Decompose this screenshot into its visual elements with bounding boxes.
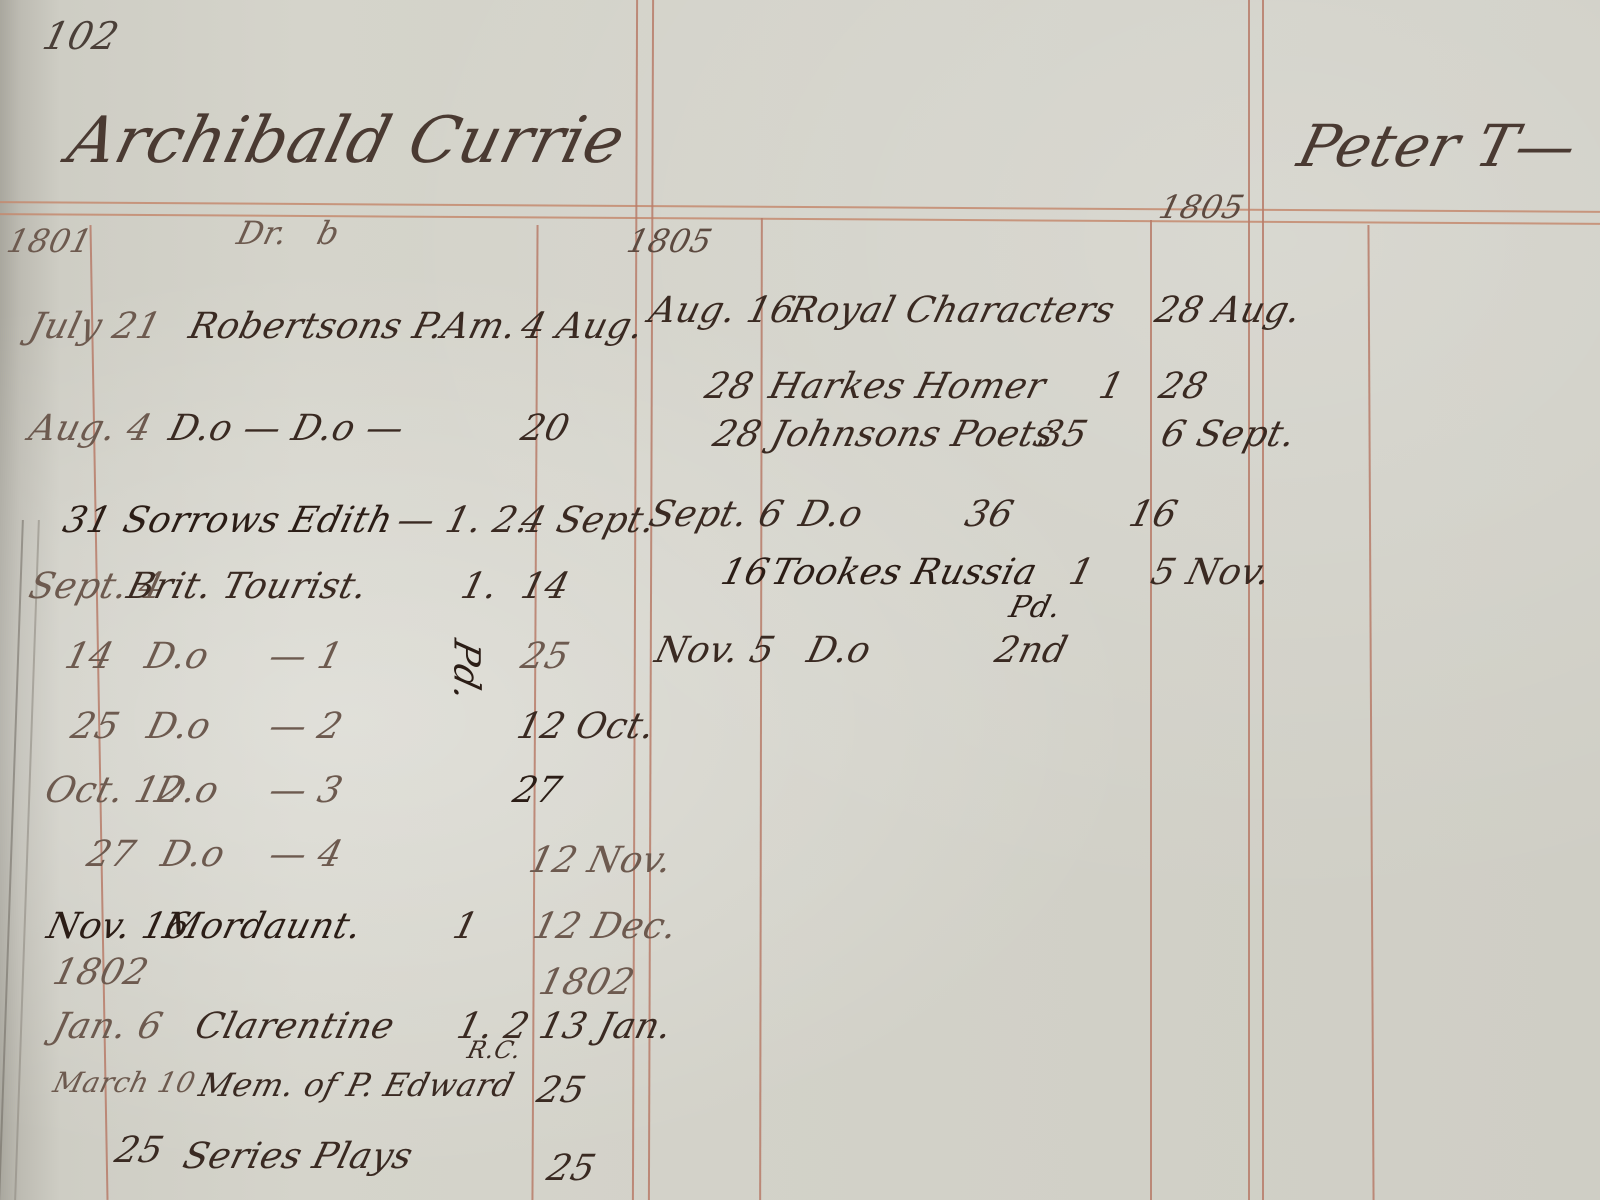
entry-vol: — 4	[265, 834, 347, 875]
entry-returned: 20	[517, 408, 574, 449]
entry-returned: 4 Sept.	[517, 500, 660, 541]
entry-description: Tookes Russia	[767, 552, 1042, 593]
entry-description: Harkes Homer	[765, 366, 1050, 407]
entry-returned: 27	[509, 770, 566, 811]
year-header-middle: 1805	[623, 222, 716, 260]
entry-description: Series Plays	[179, 1136, 417, 1177]
page-number: 102	[39, 14, 124, 58]
entry-date: March 10	[50, 1066, 199, 1099]
entry-date: 14	[61, 636, 118, 677]
entry-vol: — 1. 2.	[393, 500, 534, 541]
entry-vol: — 1	[265, 636, 347, 677]
entry-date: Sept. 6	[645, 494, 788, 535]
entry-returned: 12 Dec.	[529, 906, 682, 947]
entry-returned: 14	[517, 566, 574, 607]
year-header-left: 1801	[3, 222, 96, 260]
entry-date: 16	[717, 552, 774, 593]
year-header-middle-right: 1805	[1155, 188, 1248, 226]
entry-vol: — 3	[265, 770, 347, 811]
entry-vol: R.C.	[465, 1036, 525, 1064]
entry-returned: 28 Aug.	[1151, 290, 1306, 331]
entry-date: Aug. 16	[645, 290, 800, 331]
column-rule	[1262, 0, 1264, 1200]
entry-returned: 6 Sept.	[1157, 414, 1300, 455]
entry-description: Johnsons Poets	[767, 414, 1059, 455]
entry-description: D.o	[141, 636, 213, 677]
entry-description: Mordaunt.	[159, 906, 366, 947]
entry-date: 28	[701, 366, 758, 407]
column-rule	[1248, 0, 1250, 1200]
binding-edge	[0, 520, 40, 1200]
paid-annotation: Pd.	[1006, 590, 1065, 625]
entry-date: Aug. 4	[25, 408, 156, 449]
entry-description: Mem. of P. Edward	[195, 1066, 518, 1104]
entry-description: Brit. Tourist.	[123, 566, 372, 607]
entry-description: D.o	[803, 630, 875, 671]
entry-description: D.o	[157, 834, 229, 875]
column-rule	[1150, 220, 1152, 1200]
entry-returned-year: 1802	[535, 962, 639, 1003]
ledger-page: 102 Archibald Currie 1801 Dr. b July 21 …	[0, 0, 1600, 1200]
entry-date: 28	[709, 414, 766, 455]
column-rule	[1367, 225, 1374, 1200]
entry-returned: 4 Aug.	[517, 306, 648, 347]
account-name-right: Peter T—	[1292, 112, 1584, 180]
dr-header-mark: b	[313, 214, 343, 252]
entry-returned: 12 Oct.	[513, 706, 660, 747]
entry-returned: 28	[1155, 366, 1212, 407]
entry-vol: 1	[1095, 366, 1129, 407]
entry-description: D.o	[151, 770, 223, 811]
entry-returned: 25	[533, 1070, 590, 1111]
entry-description: D.o — D.o —	[165, 408, 408, 449]
entry-vol: 2nd	[991, 630, 1072, 671]
entry-vol: 1	[1065, 552, 1099, 593]
entry-returned: 13 Jan.	[535, 1006, 677, 1047]
entry-vol: 36	[961, 494, 1018, 535]
entry-returned: 12 Nov.	[525, 840, 677, 881]
entry-date: 31	[59, 500, 116, 541]
entry-vol: — 2	[265, 706, 347, 747]
header-rule-top	[0, 201, 1600, 213]
entry-returned: 16	[1125, 494, 1182, 535]
entry-vol: 1.	[457, 566, 503, 607]
account-name-left: Archibald Currie	[61, 104, 632, 178]
entry-returned: 25	[543, 1148, 600, 1189]
entry-description: Clarentine	[191, 1006, 399, 1047]
entry-date: 25	[67, 706, 124, 747]
entry-description: Sorrows Edith	[119, 500, 397, 541]
column-rule	[759, 218, 763, 1200]
entry-date: 27	[83, 834, 140, 875]
entry-description: D.o	[795, 494, 867, 535]
entry-vol: 35	[1035, 414, 1092, 455]
entry-date: 25	[111, 1130, 168, 1171]
entry-description: Royal Characters	[785, 290, 1119, 331]
entry-year: 1802	[49, 952, 153, 993]
entry-returned: 5 Nov.	[1147, 552, 1275, 593]
entry-date: Nov. 5	[651, 630, 779, 671]
entry-vol: 1	[449, 906, 483, 947]
paid-annotation: Pd.	[446, 635, 487, 705]
entry-returned: 25	[517, 636, 574, 677]
entry-date: July 21	[25, 306, 165, 347]
entry-description: D.o	[143, 706, 215, 747]
entry-date: Jan. 6	[49, 1006, 167, 1047]
dr-header: Dr.	[233, 214, 292, 252]
entry-description: Robertsons P.Am.	[185, 306, 521, 347]
